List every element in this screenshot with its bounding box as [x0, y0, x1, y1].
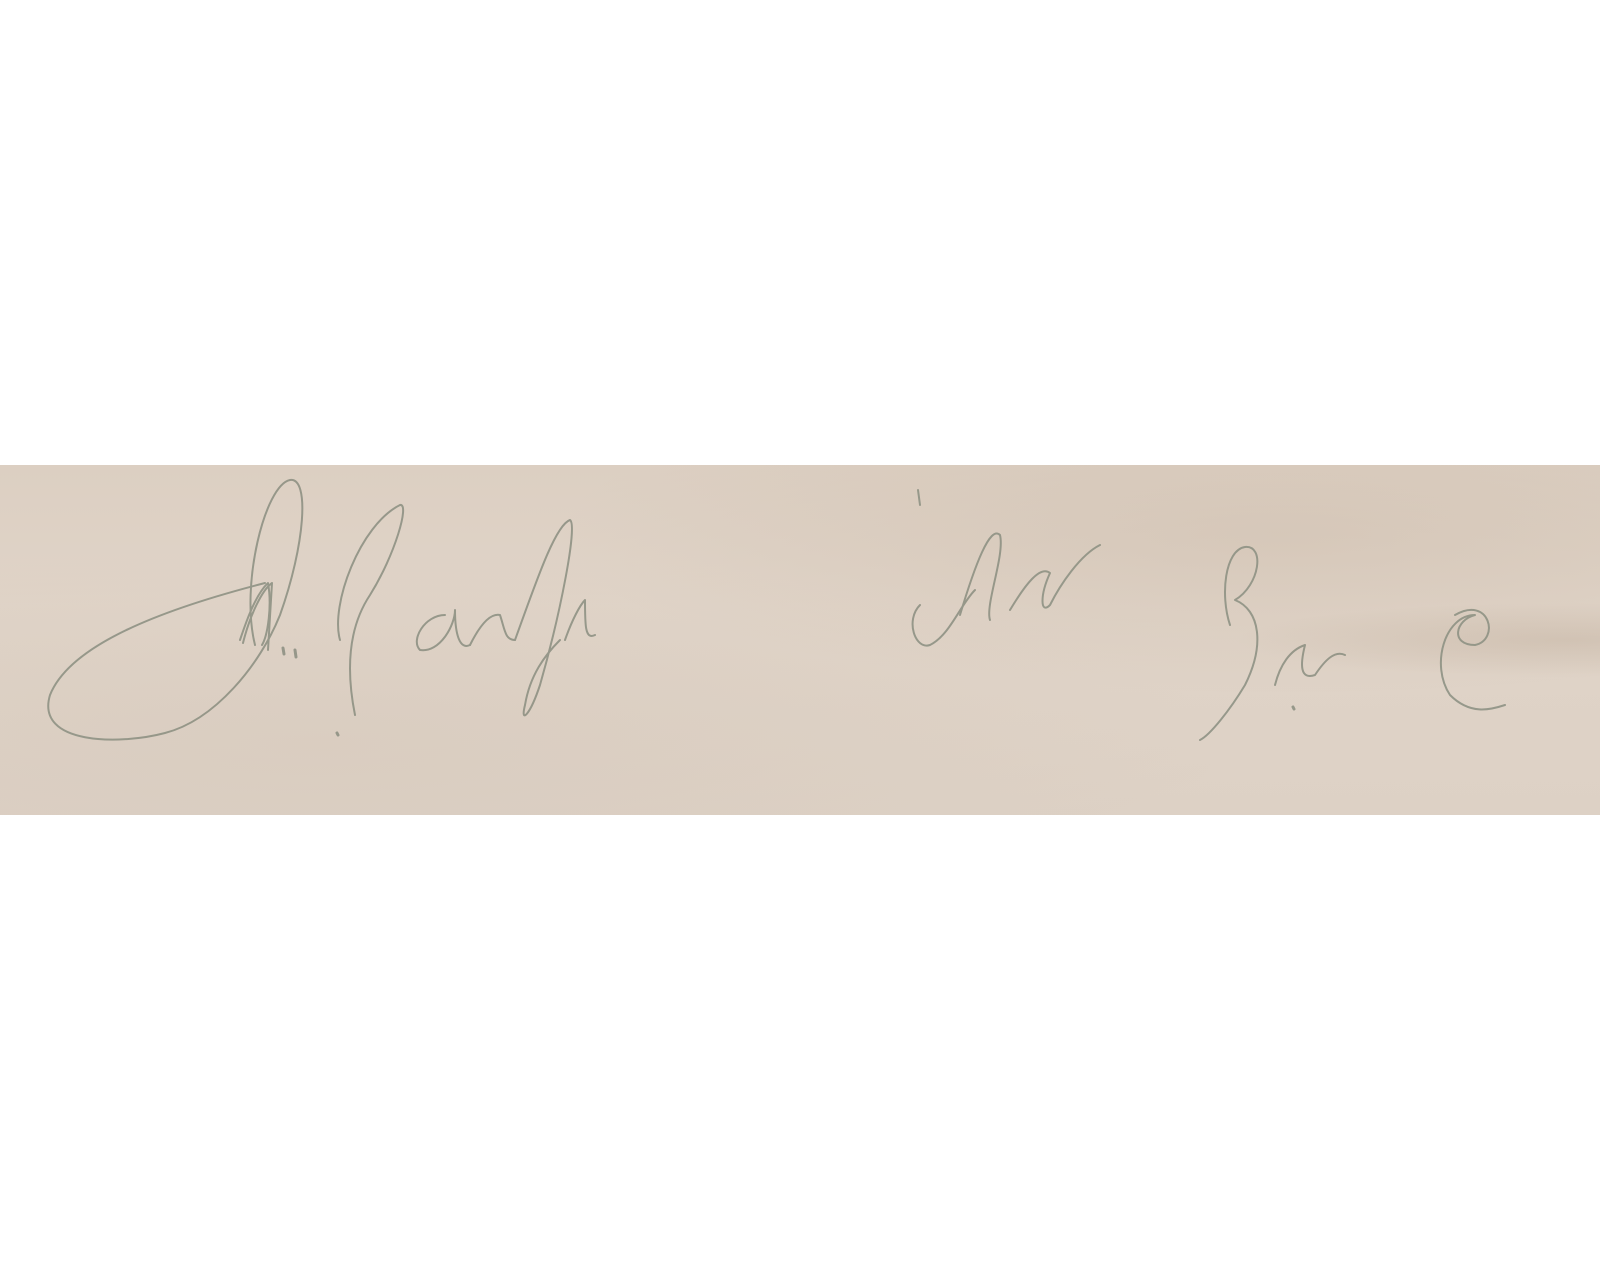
- letter-r: [470, 615, 515, 645]
- letter-A: [243, 583, 272, 650]
- signature-strokes: [0, 465, 1600, 815]
- letter-G: [338, 505, 403, 715]
- letter-a: [417, 610, 470, 650]
- letter-M: [1200, 547, 1257, 740]
- letter-i: [565, 600, 595, 640]
- letter-J: [48, 480, 302, 740]
- letter-C: [1441, 610, 1505, 710]
- signature-paper-strip: J. A. Garfield M.C.: [0, 465, 1600, 815]
- letter-d: [1010, 545, 1100, 610]
- letter-l: [960, 533, 1001, 620]
- letter-M-humps: [1275, 645, 1345, 685]
- letter-f: [515, 520, 572, 715]
